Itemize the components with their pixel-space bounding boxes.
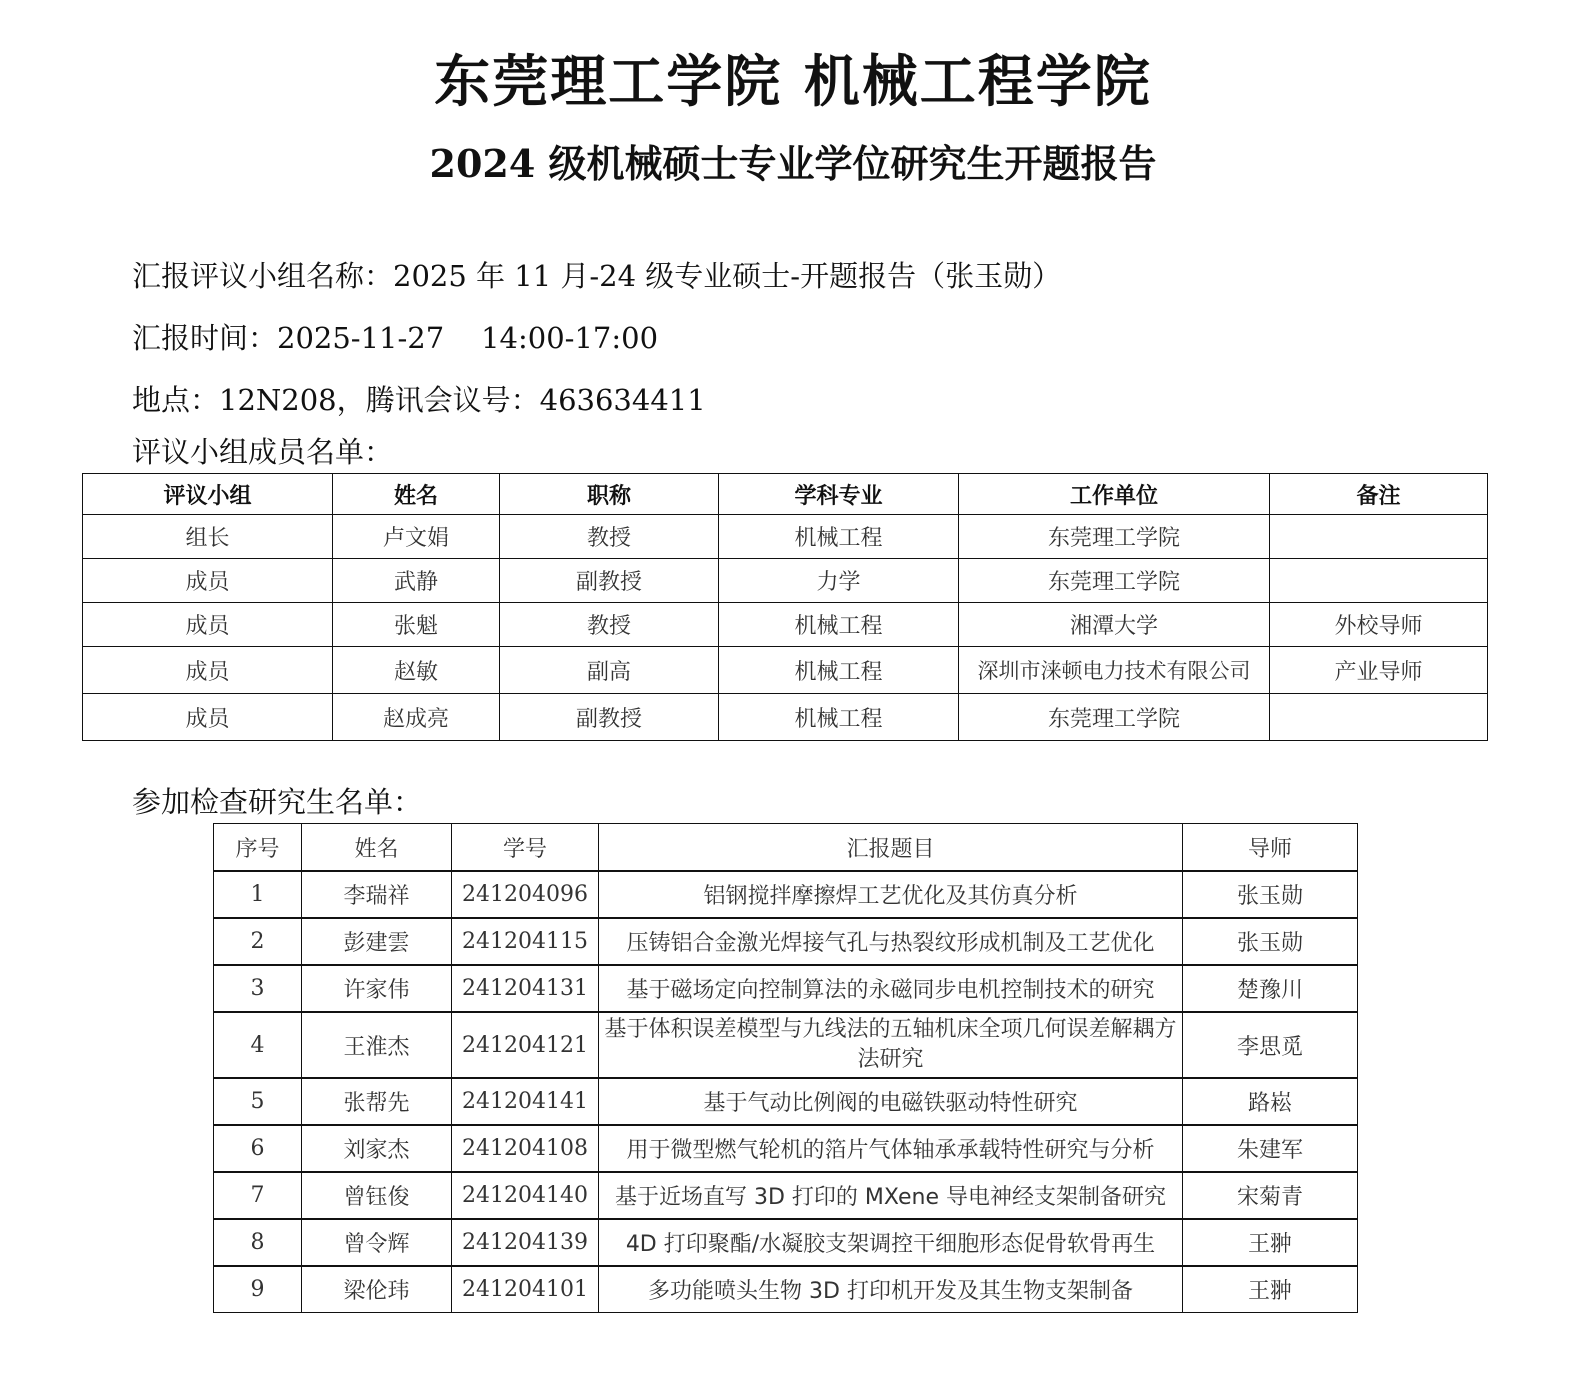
student-name-cell: 张帮先 — [302, 1078, 452, 1125]
title-cell: 副教授 — [500, 694, 719, 741]
index-cell: 2 — [214, 918, 302, 965]
role-cell: 成员 — [83, 559, 333, 603]
report-topic-cell: 基于近场直写 3D 打印的 MXene 导电神经支架制备研究 — [599, 1172, 1183, 1219]
students-heading: 参加检查研究生名单： — [132, 782, 422, 822]
advisor-cell: 王翀 — [1183, 1219, 1358, 1266]
name-cell: 赵成亮 — [333, 694, 500, 741]
advisor-cell: 路崧 — [1183, 1078, 1358, 1125]
advisor-cell: 王翀 — [1183, 1266, 1358, 1313]
index-cell: 7 — [214, 1172, 302, 1219]
advisor-cell: 楚豫川 — [1183, 965, 1358, 1012]
affiliation-cell: 东莞理工学院 — [959, 559, 1270, 603]
student-name-cell: 彭建雲 — [302, 918, 452, 965]
header-cell: 学科专业 — [719, 474, 959, 515]
report-topic-cell: 基于体积误差模型与九线法的五轴机床全项几何误差解耦方法研究 — [599, 1012, 1183, 1078]
report-time-line: 汇报时间：2025-11-27 14:00-17:00 — [132, 318, 658, 358]
report-topic-cell: 压铸铝合金激光焊接气孔与热裂纹形成机制及工艺优化 — [599, 918, 1183, 965]
discipline-cell: 机械工程 — [719, 515, 959, 559]
index-cell: 4 — [214, 1012, 302, 1078]
report-topic-cell: 基于磁场定向控制算法的永磁同步电机控制技术的研究 — [599, 965, 1183, 1012]
affiliation-cell: 湘潭大学 — [959, 603, 1270, 647]
name-cell: 赵敏 — [333, 647, 500, 694]
committee-heading: 评议小组成员名单： — [132, 432, 393, 472]
table-row: 8 曾令辉 241204139 4D 打印聚酯/水凝胶支架调控干细胞形态促骨软骨… — [214, 1219, 1358, 1266]
header-cell: 工作单位 — [959, 474, 1270, 515]
title-cell: 副教授 — [500, 559, 719, 603]
note-cell — [1270, 559, 1488, 603]
role-cell: 组长 — [83, 515, 333, 559]
affiliation-cell: 东莞理工学院 — [959, 515, 1270, 559]
note-cell — [1270, 694, 1488, 741]
index-cell: 8 — [214, 1219, 302, 1266]
discipline-cell: 力学 — [719, 559, 959, 603]
header-cell: 汇报题目 — [599, 824, 1183, 872]
student-id-cell: 241204101 — [452, 1266, 599, 1313]
name-cell: 卢文娟 — [333, 515, 500, 559]
discipline-cell: 机械工程 — [719, 647, 959, 694]
header-cell: 职称 — [500, 474, 719, 515]
advisor-cell: 李思觅 — [1183, 1012, 1358, 1078]
student-id-cell: 241204108 — [452, 1125, 599, 1172]
student-id-cell: 241204139 — [452, 1219, 599, 1266]
location-line: 地点：12N208，腾讯会议号：463634411 — [132, 380, 706, 420]
students-table: 序号 姓名 学号 汇报题目 导师 1 李瑞祥 241204096 铝钢搅拌摩擦焊… — [213, 823, 1358, 1313]
table-row: 1 李瑞祥 241204096 铝钢搅拌摩擦焊工艺优化及其仿真分析 张玉勋 — [214, 871, 1358, 918]
index-cell: 1 — [214, 871, 302, 918]
table-row: 7 曾钰俊 241204140 基于近场直写 3D 打印的 MXene 导电神经… — [214, 1172, 1358, 1219]
student-name-cell: 刘家杰 — [302, 1125, 452, 1172]
header-cell: 学号 — [452, 824, 599, 872]
table-row: 3 许家伟 241204131 基于磁场定向控制算法的永磁同步电机控制技术的研究… — [214, 965, 1358, 1012]
report-topic-cell: 基于气动比例阀的电磁铁驱动特性研究 — [599, 1078, 1183, 1125]
header-cell: 姓名 — [302, 824, 452, 872]
advisor-cell: 张玉勋 — [1183, 918, 1358, 965]
report-topic-cell: 多功能喷头生物 3D 打印机开发及其生物支架制备 — [599, 1266, 1183, 1313]
index-cell: 3 — [214, 965, 302, 1012]
student-id-cell: 241204141 — [452, 1078, 599, 1125]
title-cell: 教授 — [500, 515, 719, 559]
table-row: 9 梁伦玮 241204101 多功能喷头生物 3D 打印机开发及其生物支架制备… — [214, 1266, 1358, 1313]
role-cell: 成员 — [83, 603, 333, 647]
note-cell: 产业导师 — [1270, 647, 1488, 694]
affiliation-cell: 深圳市涞顿电力技术有限公司 — [959, 647, 1270, 694]
role-cell: 成员 — [83, 694, 333, 741]
student-id-cell: 241204140 — [452, 1172, 599, 1219]
index-cell: 6 — [214, 1125, 302, 1172]
report-topic-cell: 铝钢搅拌摩擦焊工艺优化及其仿真分析 — [599, 871, 1183, 918]
table-row: 成员 赵敏 副高 机械工程 深圳市涞顿电力技术有限公司 产业导师 — [83, 647, 1488, 694]
title-cell: 教授 — [500, 603, 719, 647]
student-id-cell: 241204131 — [452, 965, 599, 1012]
table-row: 成员 赵成亮 副教授 机械工程 东莞理工学院 — [83, 694, 1488, 741]
document-title: 东莞理工学院 机械工程学院 — [0, 44, 1586, 120]
header-cell: 姓名 — [333, 474, 500, 515]
note-cell: 外校导师 — [1270, 603, 1488, 647]
title-cell: 副高 — [500, 647, 719, 694]
note-cell — [1270, 515, 1488, 559]
discipline-cell: 机械工程 — [719, 694, 959, 741]
table-row: 2 彭建雲 241204115 压铸铝合金激光焊接气孔与热裂纹形成机制及工艺优化… — [214, 918, 1358, 965]
committee-table: 评议小组 姓名 职称 学科专业 工作单位 备注 组长 卢文娟 教授 机械工程 东… — [82, 473, 1488, 741]
header-cell: 评议小组 — [83, 474, 333, 515]
role-cell: 成员 — [83, 647, 333, 694]
name-cell: 张魁 — [333, 603, 500, 647]
student-name-cell: 曾钰俊 — [302, 1172, 452, 1219]
table-row: 6 刘家杰 241204108 用于微型燃气轮机的箔片气体轴承承载特性研究与分析… — [214, 1125, 1358, 1172]
name-cell: 武静 — [333, 559, 500, 603]
document-subtitle: 2024 级机械硕士专业学位研究生开题报告 — [0, 138, 1586, 190]
index-cell: 5 — [214, 1078, 302, 1125]
students-header-row: 序号 姓名 学号 汇报题目 导师 — [214, 824, 1358, 872]
header-cell: 备注 — [1270, 474, 1488, 515]
student-name-cell: 梁伦玮 — [302, 1266, 452, 1313]
index-cell: 9 — [214, 1266, 302, 1313]
advisor-cell: 朱建军 — [1183, 1125, 1358, 1172]
student-name-cell: 王淮杰 — [302, 1012, 452, 1078]
header-cell: 导师 — [1183, 824, 1358, 872]
group-name-line: 汇报评议小组名称：2025 年 11 月-24 级专业硕士-开题报告（张玉勋） — [132, 256, 1061, 296]
affiliation-cell: 东莞理工学院 — [959, 694, 1270, 741]
discipline-cell: 机械工程 — [719, 603, 959, 647]
table-row: 成员 武静 副教授 力学 东莞理工学院 — [83, 559, 1488, 603]
header-cell: 序号 — [214, 824, 302, 872]
advisor-cell: 宋菊青 — [1183, 1172, 1358, 1219]
report-topic-cell: 用于微型燃气轮机的箔片气体轴承承载特性研究与分析 — [599, 1125, 1183, 1172]
student-id-cell: 241204096 — [452, 871, 599, 918]
committee-header-row: 评议小组 姓名 职称 学科专业 工作单位 备注 — [83, 474, 1488, 515]
student-name-cell: 李瑞祥 — [302, 871, 452, 918]
student-name-cell: 许家伟 — [302, 965, 452, 1012]
table-row: 成员 张魁 教授 机械工程 湘潭大学 外校导师 — [83, 603, 1488, 647]
student-name-cell: 曾令辉 — [302, 1219, 452, 1266]
student-id-cell: 241204121 — [452, 1012, 599, 1078]
report-topic-cell: 4D 打印聚酯/水凝胶支架调控干细胞形态促骨软骨再生 — [599, 1219, 1183, 1266]
student-id-cell: 241204115 — [452, 918, 599, 965]
table-row: 5 张帮先 241204141 基于气动比例阀的电磁铁驱动特性研究 路崧 — [214, 1078, 1358, 1125]
table-row: 组长 卢文娟 教授 机械工程 东莞理工学院 — [83, 515, 1488, 559]
advisor-cell: 张玉勋 — [1183, 871, 1358, 918]
table-row: 4 王淮杰 241204121 基于体积误差模型与九线法的五轴机床全项几何误差解… — [214, 1012, 1358, 1078]
